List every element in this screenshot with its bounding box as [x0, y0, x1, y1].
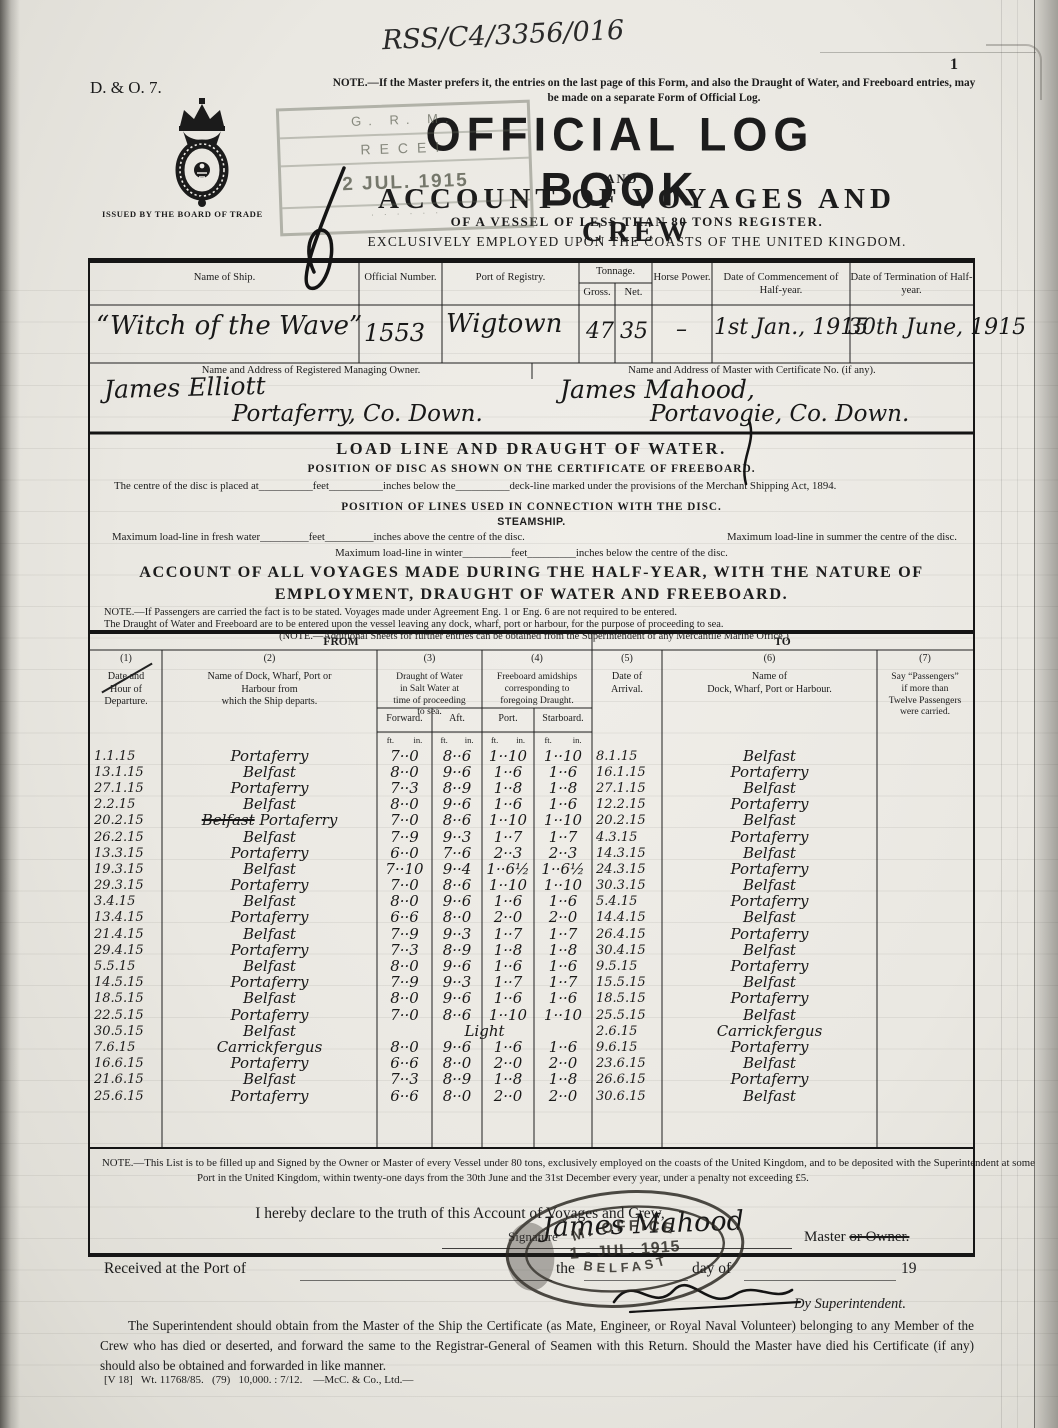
draught-forward: 7··0 [377, 878, 432, 893]
arrival-date: 25.5.15 [592, 1009, 662, 1022]
port-of-registry-value: Wigtown [446, 311, 562, 337]
position-of-disc-heading: POSITION OF DISC AS SHOWN ON THE CERTIFI… [90, 463, 973, 475]
table-row: 5.5.15Belfast8··09··61··61··69.5.15Porta… [90, 958, 973, 974]
departure-date: 22.5.15 [90, 1009, 162, 1022]
departure-date: 16.6.15 [90, 1057, 162, 1070]
col-header-commencement: Date of Commencement of Half-year. [712, 271, 850, 297]
freeboard-port: 1··6 [482, 797, 534, 812]
departure-date: 13.4.15 [90, 911, 162, 924]
departure-date: 21.6.15 [90, 1073, 162, 1086]
arrival-port: Belfast [662, 975, 877, 990]
arrival-port: Belfast [662, 1056, 877, 1071]
departure-date: 13.3.15 [90, 847, 162, 860]
freeboard-starboard: 1··10 [534, 878, 592, 893]
col4-line: corresponding to [505, 683, 570, 694]
freeboard-starboard: 1··6 [534, 959, 592, 974]
departure-port: Belfast [162, 959, 377, 974]
table-row: 25.6.15Portaferry6··68··02··02··030.6.15… [90, 1088, 973, 1104]
issued-by-line: ISSUED BY THE BOARD OF TRADE [102, 209, 263, 219]
master-or-owner-label: Master or Owner. [804, 1229, 909, 1246]
departure-port: Belfast [162, 927, 377, 942]
draught-forward: 6··6 [377, 910, 432, 925]
official-number-value: 1553 [364, 321, 425, 345]
draught-forward: 8··0 [377, 894, 432, 909]
col6-line: Name of [752, 671, 787, 682]
arrival-date: 27.1.15 [592, 782, 662, 795]
arrival-port: Portaferry [662, 927, 877, 942]
page-corner-curl [986, 44, 1042, 100]
marine-office-stamp: M. OFFICE BELFAST 1 - JUL. 1915 [496, 1179, 754, 1318]
departure-date: 18.5.15 [90, 992, 162, 1005]
arrival-port: Portaferry [662, 797, 877, 812]
col-header-net: Net. [615, 286, 652, 299]
col7-line: Say “Passengers” [891, 671, 958, 682]
draught-aft: 9··6 [432, 1040, 482, 1055]
arrival-port: Belfast [662, 781, 877, 796]
freeboard-port: 2··0 [482, 1056, 534, 1071]
arrival-date: 26.4.15 [592, 928, 662, 941]
arrival-date: 23.6.15 [592, 1057, 662, 1070]
centre-of-disc-line: The centre of the disc is placed at_____… [114, 480, 959, 492]
master-name-value: James Mahood, [560, 377, 755, 402]
draught-forward: 7··0 [377, 813, 432, 828]
page-right-edge [1034, 0, 1058, 1428]
draught-forward: 7··9 [377, 975, 432, 990]
draught-aft: 8··9 [432, 943, 482, 958]
departure-date: 3.4.15 [90, 895, 162, 908]
sub-header-port: Port. [482, 713, 534, 724]
printer-imprint: [V 18] Wt. 11768/85. (79) 10,000. : 7/12… [104, 1374, 413, 1386]
col-header-official-number: Official Number. [359, 271, 442, 284]
departure-date: 29.3.15 [90, 879, 162, 892]
to-header: TO [592, 636, 973, 648]
freeboard-port: 1··6 [482, 894, 534, 909]
departure-date: 27.1.15 [90, 782, 162, 795]
freeboard-starboard: 1··8 [534, 781, 592, 796]
col3-line: in Salt Water at [400, 683, 459, 694]
departure-port: Belfast [162, 830, 377, 845]
freeboard-port: 1··6 [482, 959, 534, 974]
arrival-port: Belfast [662, 1089, 877, 1104]
arrival-port: Portaferry [662, 894, 877, 909]
departure-port: Portaferry [162, 781, 377, 796]
draught-aft: 9··6 [432, 765, 482, 780]
table-row: 13.1.15Belfast8··09··61··61··616.1.15Por… [90, 764, 973, 780]
sub-header-starboard: Starboard. [534, 713, 592, 724]
col4-header: (4) Freeboard amidships corresponding to… [482, 653, 592, 706]
arrival-port: Belfast [662, 813, 877, 828]
table-row: 19.3.15Belfast7··109··41··6½1··6½24.3.15… [90, 861, 973, 877]
table-row: 29.3.15Portaferry7··08··61··101··1030.3.… [90, 878, 973, 894]
departure-date: 21.4.15 [90, 928, 162, 941]
col6-header: (6) Name of Dock, Wharf, Port or Harbour… [662, 653, 877, 696]
arrival-port: Belfast [662, 846, 877, 861]
freeboard-starboard: 1··7 [534, 975, 592, 990]
freeboard-port: 2··3 [482, 846, 534, 861]
receipt-stamp: G. R. M. RECEI 2 JUL. 1915 · · · · · · [276, 100, 534, 237]
freeboard-starboard: 1··6 [534, 894, 592, 909]
table-row: 29.4.15Portaferry7··38··91··81··830.4.15… [90, 942, 973, 958]
max-winter-line: Maximum load-line in winter_________feet… [90, 547, 973, 559]
departure-port: Portaferry [162, 975, 377, 990]
owner-address-value: Portaferry, Co. Down. [232, 403, 483, 426]
col6-line: Dock, Wharf, Port or Harbour. [707, 684, 832, 695]
draught-aft: 9··3 [432, 830, 482, 845]
table-row: 3.4.15Belfast8··09··61··61··65.4.15Porta… [90, 894, 973, 910]
draught-aft: 8··0 [432, 1089, 482, 1104]
arrival-date: 5.4.15 [592, 895, 662, 908]
horse-power-value: – [676, 319, 687, 341]
closing-paragraph: The Superintendent should obtain from th… [100, 1316, 974, 1375]
draught-aft: 8··0 [432, 1056, 482, 1071]
departure-date: 7.6.15 [90, 1041, 162, 1054]
freeboard-starboard: 2··0 [534, 910, 592, 925]
arrival-date: 9.6.15 [592, 1041, 662, 1054]
col2-header: (2) Name of Dock, Wharf, Port or Harbour… [162, 653, 377, 709]
arrival-port: Portaferry [662, 959, 877, 974]
draught-aft: 9··3 [432, 975, 482, 990]
arrival-port: Belfast [662, 1008, 877, 1023]
freeboard-starboard: 1··7 [534, 927, 592, 942]
draught-aft: 9··6 [432, 991, 482, 1006]
col2-line: Name of Dock, Wharf, Port or [207, 671, 331, 682]
arrival-date: 8.1.15 [592, 750, 662, 763]
draught-forward: 7··3 [377, 1072, 432, 1087]
freeboard-starboard: 1··6 [534, 765, 592, 780]
departure-port: Portaferry [162, 846, 377, 861]
col3-number: (3) [377, 653, 482, 665]
freeboard-starboard: 2··0 [534, 1056, 592, 1071]
table-row: 7.6.15Carrickfergus8··09··61··61··69.6.1… [90, 1039, 973, 1055]
departure-date: 13.1.15 [90, 766, 162, 779]
arrival-port: Belfast [662, 910, 877, 925]
table-row: 22.5.15Portaferry7··08··61··101··1025.5.… [90, 1007, 973, 1023]
net-tonnage-value: 35 [620, 321, 648, 343]
col6-number: (6) [662, 653, 877, 665]
draught-forward: 7··0 [377, 1008, 432, 1023]
freeboard-port: 1··8 [482, 943, 534, 958]
col3-header: (3) Draught of Water in Salt Water at ti… [377, 653, 482, 718]
arrival-date: 12.2.15 [592, 798, 662, 811]
departure-date: 26.2.15 [90, 831, 162, 844]
freeboard-port: 2··0 [482, 910, 534, 925]
freeboard-port: 1··10 [482, 813, 534, 828]
draught-aft: 8··6 [432, 749, 482, 764]
account-heading-line1: ACCOUNT OF ALL VOYAGES MADE DURING THE H… [90, 563, 973, 582]
arrival-port: Carrickfergus [662, 1024, 877, 1039]
freeboard-port: 1··8 [482, 1072, 534, 1087]
ship-name-value: “Witch of the Wave” [96, 313, 362, 339]
draught-aft: 8··9 [432, 1072, 482, 1087]
draught-forward: 8··0 [377, 991, 432, 1006]
draught-forward: 7··10 [377, 862, 432, 877]
arrival-port: Portaferry [662, 765, 877, 780]
draught-forward: 7··9 [377, 830, 432, 845]
departure-port: Belfast [162, 894, 377, 909]
col7-line: if more than [902, 683, 949, 694]
arrival-date: 24.3.15 [592, 863, 662, 876]
col1-line: Departure. [104, 696, 147, 707]
departure-date: 2.2.15 [90, 798, 162, 811]
board-of-trade-crest-icon [164, 96, 240, 208]
col-header-port-of-registry: Port of Registry. [442, 271, 579, 284]
departure-port: Portaferry [162, 910, 377, 925]
struck-or-owner: or Owner. [849, 1229, 909, 1245]
table-row: 13.3.15Portaferry6··07··62··32··314.3.15… [90, 845, 973, 861]
draught-aft: 8··6 [432, 813, 482, 828]
form-body: Name of Ship. Official Number. Port of R… [88, 258, 975, 1257]
departure-port: Belfast [162, 1024, 377, 1039]
col-header-termination: Date of Termination of Half-year. [850, 271, 973, 297]
deposit-note: NOTE.—This List is to be filled up and S… [102, 1156, 1053, 1186]
freeboard-port: 1··10 [482, 878, 534, 893]
arrival-port: Portaferry [662, 862, 877, 877]
draught-forward: 7··3 [377, 781, 432, 796]
arrival-date: 20.2.15 [592, 814, 662, 827]
arrival-date: 18.5.15 [592, 992, 662, 1005]
col-header-tonnage: Tonnage. [579, 265, 652, 278]
arrival-port: Portaferry [662, 991, 877, 1006]
arrival-date: 30.4.15 [592, 944, 662, 957]
freeboard-starboard: 2··0 [534, 1089, 592, 1104]
commencement-value: 1st Jan., 1915 [714, 317, 868, 339]
margin-line [1017, 0, 1018, 1428]
page-number: 1 [950, 56, 958, 74]
account-note2: The Draught of Water and Freeboard are t… [104, 619, 964, 630]
freeboard-port: 1··6 [482, 765, 534, 780]
table-row: 20.2.15Belfast Portaferry7··08··61··101·… [90, 813, 973, 829]
draught-aft: 9··4 [432, 862, 482, 877]
table-row: 27.1.15Portaferry7··38··91··81··827.1.15… [90, 780, 973, 796]
light-draught-note: Light [377, 1024, 592, 1039]
freeboard-port: 2··0 [482, 1089, 534, 1104]
arrival-date: 30.3.15 [592, 879, 662, 892]
draught-forward: 6··6 [377, 1056, 432, 1071]
draught-forward: 8··0 [377, 959, 432, 974]
departure-port: Portaferry [162, 943, 377, 958]
freeboard-port: 1··7 [482, 975, 534, 990]
voyage-rows: 1.1.15Portaferry7··08··61··101··108.1.15… [90, 748, 973, 1104]
draught-aft: 8··0 [432, 910, 482, 925]
freeboard-port: 1··7 [482, 927, 534, 942]
freeboard-starboard: 1··10 [534, 1008, 592, 1023]
draught-aft: 8··6 [432, 1008, 482, 1023]
departure-port: Carrickfergus [162, 1040, 377, 1055]
draught-forward: 7··9 [377, 927, 432, 942]
master-address-value: Portavogie, Co. Down. [650, 403, 909, 426]
col7-line: were carried. [900, 706, 950, 717]
departure-port: Belfast Portaferry [162, 813, 377, 828]
draught-aft: 8··6 [432, 878, 482, 893]
col4-line: foregoing Draught. [500, 695, 574, 706]
freeboard-port: 1··10 [482, 749, 534, 764]
departure-date: 20.2.15 [90, 814, 162, 827]
arrival-date: 16.1.15 [592, 766, 662, 779]
arrival-date: 14.3.15 [592, 847, 662, 860]
table-row: 21.6.15Belfast7··38··91··81··826.6.15Por… [90, 1072, 973, 1088]
draught-aft: 9··6 [432, 894, 482, 909]
table-row: 13.4.15Portaferry6··68··02··02··014.4.15… [90, 910, 973, 926]
departure-port: Belfast [162, 1072, 377, 1087]
draught-forward: 8··0 [377, 765, 432, 780]
table-row: 18.5.15Belfast8··09··61··61··618.5.15Por… [90, 991, 973, 1007]
departure-port: Belfast [162, 797, 377, 812]
year-prefix: 19 [901, 1260, 917, 1278]
arrival-port: Belfast [662, 749, 877, 764]
freeboard-port: 1··6 [482, 1040, 534, 1055]
col-header-gross: Gross. [579, 286, 615, 299]
freeboard-port: 1··10 [482, 1008, 534, 1023]
max-load-line-row: Maximum load-line in fresh water________… [112, 531, 957, 543]
max-summer-line: Maximum load-line in summer the centre o… [727, 531, 957, 543]
draught-aft: 7··6 [432, 846, 482, 861]
draught-forward: 8··0 [377, 1040, 432, 1055]
freeboard-starboard: 1··10 [534, 813, 592, 828]
freeboard-starboard: 1··8 [534, 1072, 592, 1087]
account-note1: NOTE.—If Passengers are carried the fact… [104, 607, 964, 618]
arrival-date: 15.5.15 [592, 976, 662, 989]
departure-date: 14.5.15 [90, 976, 162, 989]
col-header-horse-power: Horse Power. [652, 271, 712, 284]
table-row: 14.5.15Portaferry7··99··31··71··715.5.15… [90, 975, 973, 991]
top-note: NOTE.—If the Master prefers it, the entr… [330, 76, 978, 105]
table-row: 26.2.15Belfast7··99··31··71··74.3.15Port… [90, 829, 973, 845]
departure-port: Portaferry [162, 749, 377, 764]
col5-line: Arrival. [611, 684, 643, 695]
departure-port: Portaferry [162, 1056, 377, 1071]
received-at-port-label: Received at the Port of [104, 1260, 246, 1278]
departure-date: 30.5.15 [90, 1025, 162, 1038]
freeboard-starboard: 1··6 [534, 797, 592, 812]
draught-forward: 7··0 [377, 749, 432, 764]
draught-aft: 9··3 [432, 927, 482, 942]
table-row: 16.6.15Portaferry6··68··02··02··023.6.15… [90, 1056, 973, 1072]
draught-aft: 9··6 [432, 797, 482, 812]
arrival-date: 14.4.15 [592, 911, 662, 924]
departure-port: Belfast [162, 765, 377, 780]
sub-header-aft: Aft. [432, 713, 482, 724]
departure-date: 19.3.15 [90, 863, 162, 876]
arrival-port: Portaferry [662, 1040, 877, 1055]
position-of-lines-heading: POSITION OF LINES USED IN CONNECTION WIT… [90, 501, 973, 513]
freeboard-starboard: 2··3 [534, 846, 592, 861]
col5-line: Date of [612, 671, 642, 682]
owner-name-value: James Elliott [104, 373, 266, 402]
table-row: 30.5.15BelfastLight2.6.15Carrickfergus [90, 1023, 973, 1039]
col2-line: which the Ship departs. [222, 696, 318, 707]
draught-aft: 9··6 [432, 959, 482, 974]
freeboard-port: 1··6 [482, 991, 534, 1006]
gross-tonnage-value: 47 [586, 321, 614, 343]
freeboard-starboard: 1··6 [534, 991, 592, 1006]
account-heading-line2: EMPLOYMENT, DRAUGHT OF WATER AND FREEBOA… [90, 585, 973, 604]
departure-date: 29.4.15 [90, 944, 162, 957]
from-header: FROM [90, 636, 592, 648]
freeboard-port: 1··8 [482, 781, 534, 796]
col4-line: Freeboard amidships [497, 671, 577, 682]
departure-date: 5.5.15 [90, 960, 162, 973]
freeboard-starboard: 1··6 [534, 1040, 592, 1055]
col7-number: (7) [877, 653, 973, 665]
master-word: Master [804, 1229, 849, 1245]
freeboard-starboard: 1··10 [534, 749, 592, 764]
col-header-name-of-ship: Name of Ship. [90, 271, 359, 284]
page-left-edge [0, 0, 20, 1428]
margin-line [1001, 0, 1002, 1428]
col7-line: Twelve Passengers [889, 695, 962, 706]
load-line-heading: LOAD LINE AND DRAUGHT OF WATER. [90, 439, 973, 459]
form-code: D. & O. 7. [90, 78, 162, 98]
table-row: 21.4.15Belfast7··99··31··71··726.4.15Por… [90, 926, 973, 942]
departure-port: Portaferry [162, 1008, 377, 1023]
departure-date: 25.6.15 [90, 1090, 162, 1103]
arrival-date: 9.5.15 [592, 960, 662, 973]
freeboard-starboard: 1··7 [534, 830, 592, 845]
arrival-date: 30.6.15 [592, 1090, 662, 1103]
departure-port: Portaferry [162, 878, 377, 893]
freeboard-starboard: 1··8 [534, 943, 592, 958]
draught-forward: 6··0 [377, 846, 432, 861]
arrival-date: 26.6.15 [592, 1073, 662, 1086]
sub-header-forward: Forward. [377, 713, 432, 724]
superintendent-label: Dy Superintendent. [794, 1296, 906, 1313]
steamship-heading: STEAMSHIP. [90, 516, 973, 528]
coasts-line: EXCLUSIVELY EMPLOYED UPON THE COASTS OF … [327, 234, 947, 250]
arrival-date: 2.6.15 [592, 1025, 662, 1038]
freeboard-starboard: 1··6½ [534, 862, 592, 877]
col5-number: (5) [592, 653, 662, 665]
max-fresh-line: Maximum load-line in fresh water________… [112, 531, 525, 543]
draught-forward: 6··6 [377, 1089, 432, 1104]
departure-port: Belfast [162, 862, 377, 877]
departure-date: 1.1.15 [90, 750, 162, 763]
arrival-port: Belfast [662, 878, 877, 893]
col5-header: (5) Date of Arrival. [592, 653, 662, 696]
table-row: 1.1.15Portaferry7··08··61··101··108.1.15… [90, 748, 973, 764]
col3-line: Draught of Water [396, 671, 463, 682]
draught-aft: 8··9 [432, 781, 482, 796]
col4-number: (4) [482, 653, 592, 665]
freeboard-port: 1··7 [482, 830, 534, 845]
table-row: 2.2.15Belfast8··09··61··61··612.2.15Port… [90, 797, 973, 813]
col2-number: (2) [162, 653, 377, 665]
arrival-port: Belfast [662, 943, 877, 958]
archive-reference: RSS/C4/3356/016 [382, 17, 625, 55]
draught-forward: 7··3 [377, 943, 432, 958]
arrival-port: Portaferry [662, 1072, 877, 1087]
departure-port: Belfast [162, 991, 377, 1006]
arrival-date: 4.3.15 [592, 831, 662, 844]
freeboard-port: 1··6½ [482, 862, 534, 877]
draught-forward: 8··0 [377, 797, 432, 812]
col7-header: (7) Say “Passengers” if more than Twelve… [877, 653, 973, 718]
arrival-port: Portaferry [662, 830, 877, 845]
col2-line: Harbour from [241, 684, 297, 695]
document-page: RSS/C4/3356/016 1 D. & O. 7. NOTE.—If th… [0, 0, 1058, 1428]
col3-line: time of proceeding [393, 695, 465, 706]
termination-value: 30th June, 1915 [848, 317, 1026, 339]
departure-port: Portaferry [162, 1089, 377, 1104]
